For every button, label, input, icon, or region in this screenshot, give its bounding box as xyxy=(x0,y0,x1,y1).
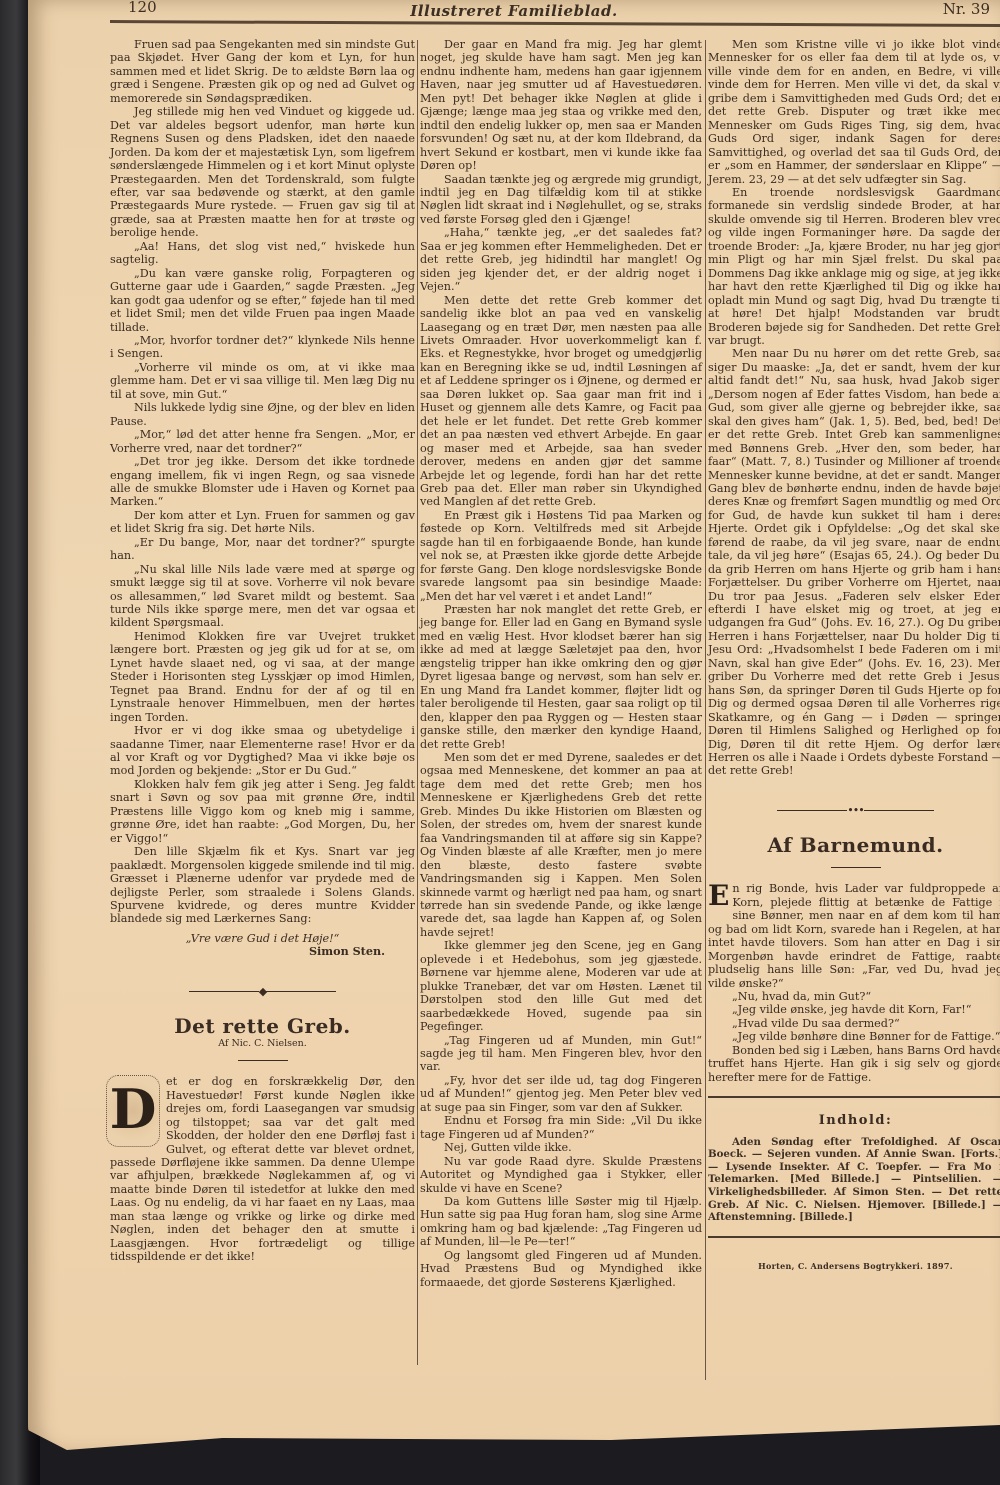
article-opening: E n rig Bonde, hvis Lader var fuldproppe… xyxy=(708,882,1000,990)
printer-imprint: Horten, C. Andersens Bogtrykkeri. 1897. xyxy=(708,1260,1000,1273)
column-2: Der gaar en Mand fra mig. Jeg har glemt … xyxy=(420,38,702,1289)
paragraph: Præsten har nok manglet det rette Greb, … xyxy=(420,603,702,751)
paragraph: „Haha,“ tænkte jeg, „er det saaledes fat… xyxy=(420,226,702,293)
paragraph: „Det tror jeg ikke. Dersom det ikke tord… xyxy=(110,455,415,509)
paragraph: „Nu skal lille Nils lade være med at spø… xyxy=(110,563,415,630)
paragraph: „Er Du bange, Mor, naar det tordner?“ sp… xyxy=(110,536,415,563)
paragraph: „Mor,“ lød det atter henne fra Sengen. „… xyxy=(110,428,415,455)
paragraph: Jeg stillede mig hen ved Vinduet og kigg… xyxy=(110,105,415,240)
ornament-divider: ••• xyxy=(708,804,1000,817)
dialogue-line: „Jeg vilde bønhøre dine Bønner for de Fa… xyxy=(708,1030,1000,1043)
paragraph: Nils lukkede lydig sine Øjne, og der ble… xyxy=(110,401,415,428)
paragraph: Men naar Du nu hører om det rette Greb, … xyxy=(708,347,1000,778)
title-rule xyxy=(831,867,881,868)
dialogue-line: „Jeg vilde ønske, jeg havde dit Korn, Fa… xyxy=(708,1003,1000,1016)
title-rule xyxy=(238,1060,288,1061)
paragraph: Nu var gode Raad dyre. Skulde Præstens A… xyxy=(420,1155,702,1195)
column-divider xyxy=(705,40,706,1380)
contents-list: Aden Søndag efter Trefoldighed. Af Oscar… xyxy=(708,1136,1000,1224)
paragraph: En Præst gik i Høstens Tid paa Marken og… xyxy=(420,509,702,603)
newspaper-page: 120 Illustreret Familieblad. Nr. 39 Frue… xyxy=(28,0,1000,1455)
article-opening: D et er dog en forskrækkelig Dør, den Ha… xyxy=(110,1075,415,1263)
article-title: Det rette Greb. xyxy=(110,1014,415,1038)
verse-line: „Vre være Gud i det Høje!“ xyxy=(110,932,415,945)
paragraph: Hvor er vi dog ikke smaa og ubetydelige … xyxy=(110,724,415,778)
story-continuation: Fruen sad paa Sengekanten med sin mindst… xyxy=(110,38,415,926)
paragraph: Der gaar en Mand fra mig. Jeg har glemt … xyxy=(420,38,702,173)
column-divider xyxy=(417,40,418,1365)
paragraph: „Du kan være ganske rolig, Forpagteren o… xyxy=(110,267,415,334)
paragraph: Da kom Guttens lille Søster mig til Hjæl… xyxy=(420,1195,702,1249)
paragraph: „Fy, hvor det ser ilde ud, tag dog Finge… xyxy=(420,1074,702,1114)
contents-title: Indhold: xyxy=(708,1114,1000,1127)
column-3: Men som Kristne ville vi jo ikke blot vi… xyxy=(708,38,1000,1273)
article-paragraph: n rig Bonde, hvis Lader var fuldproppede… xyxy=(708,882,1000,990)
paragraph: En troende nordslesvigsk Gaardmand forma… xyxy=(708,186,1000,347)
paragraph: Ikke glemmer jeg den Scene, jeg en Gang … xyxy=(420,939,702,1033)
paragraph: Men som det er med Dyrene, saaledes er d… xyxy=(420,751,702,939)
issue-number: Nr. 39 xyxy=(943,0,990,18)
ornamental-initial: D xyxy=(106,1075,160,1147)
article-closing: Bonden bed sig i Læben, hans Barns Ord h… xyxy=(708,1044,1000,1084)
paragraph: Klokken halv fem gik jeg atter i Seng. J… xyxy=(110,778,415,845)
publication-title: Illustreret Familieblad. xyxy=(28,2,1000,20)
paragraph: „Aa! Hans, det slog vist ned,“ hviskede … xyxy=(110,240,415,267)
section-rule xyxy=(708,1236,1000,1238)
running-head: 120 Illustreret Familieblad. Nr. 39 xyxy=(28,2,1000,22)
paragraph: Men dette det rette Greb kommer det sand… xyxy=(420,294,702,509)
paragraph: Henimod Klokken fire var Uvejret trukket… xyxy=(110,630,415,724)
initial-letter: E xyxy=(708,882,729,910)
paragraph: Der kom atter et Lyn. Fruen for sammen o… xyxy=(110,509,415,536)
section-rule xyxy=(708,1096,1000,1098)
paragraph: „Tag Fingeren ud af Munden, min Gut!“ sa… xyxy=(420,1034,702,1074)
article-body: Der gaar en Mand fra mig. Jeg har glemt … xyxy=(420,38,702,1289)
dialogue-line: „Nu, hvad da, min Gut?“ xyxy=(708,990,1000,1003)
paragraph: Men som Kristne ville vi jo ikke blot vi… xyxy=(708,38,1000,186)
paragraph: Endnu et Forsøg fra min Side: „Vil Du ik… xyxy=(420,1114,702,1141)
paragraph: Nej, Gutten vilde ikke. xyxy=(420,1141,702,1154)
column-1: Fruen sad paa Sengekanten med sin mindst… xyxy=(110,38,415,1264)
article-byline: Af Nic. C. Nielsen. xyxy=(110,1038,415,1050)
ornament-divider: ◆ xyxy=(110,985,415,998)
paragraph: „Mor, hvorfor tordner det?“ klynkede Nil… xyxy=(110,334,415,361)
paragraph: Den lille Skjælm fik et Kys. Snart var j… xyxy=(110,845,415,926)
paragraph: Fruen sad paa Sengekanten med sin mindst… xyxy=(110,38,415,105)
paragraph: Saadan tænkte jeg og ærgrede mig grundig… xyxy=(420,173,702,227)
dialogue-line: „Hvad vilde Du saa dermed?“ xyxy=(708,1017,1000,1030)
dialogue: „Nu, hvad da, min Gut?“„Jeg vilde ønske,… xyxy=(708,990,1000,1044)
article-title: Af Barnemund. xyxy=(708,833,1000,857)
paragraph: „Vorherre vil minde os om, at vi ikke ma… xyxy=(110,361,415,401)
paragraph: Og langsomt gled Fingeren ud af Munden. … xyxy=(420,1249,702,1289)
author-signature: Simon Sten. xyxy=(110,945,415,958)
article-body: Men som Kristne ville vi jo ikke blot vi… xyxy=(708,38,1000,778)
